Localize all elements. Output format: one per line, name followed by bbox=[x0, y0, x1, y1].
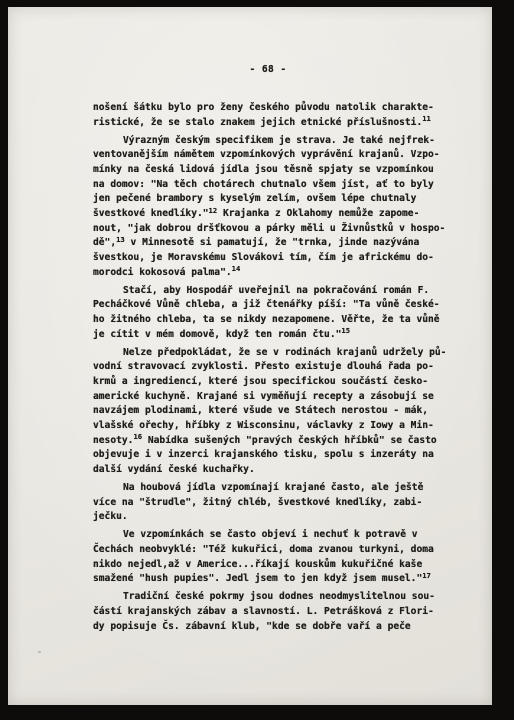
text-line: ristické, že se stalo znakem jejich etni… bbox=[93, 116, 471, 131]
text-line: mínky na česká lidová jídla jsou těsně s… bbox=[93, 163, 471, 178]
text-line: částí krajanských zábav a slavností. L. … bbox=[93, 605, 471, 620]
scan-frame: { "colors": { "scan_background": "#0d0c0… bbox=[0, 0, 514, 720]
paragraph: Stačí, aby Hospodář uveřejnil na pokračo… bbox=[93, 284, 471, 343]
text-line: ho žitného chleba, ta se nikdy nezapomen… bbox=[93, 313, 471, 328]
paragraph: Nelze předpokládat, že se v rodinách kra… bbox=[93, 346, 471, 478]
text-line: Nelze předpokládat, že se v rodinách kra… bbox=[93, 346, 471, 361]
text-line: americké kuchyně. Krajané si vyměňují re… bbox=[93, 390, 471, 405]
text-line: smažené "hush pupies". Jedl jsem to jen … bbox=[93, 572, 471, 587]
text-line: Tradiční české pokrmy jsou dodnes neodmy… bbox=[93, 590, 471, 605]
text-line: vodní stravovací zvyklosti. Přesto exist… bbox=[93, 360, 471, 375]
document-body: nošení šátku bylo pro ženy českého původ… bbox=[93, 101, 471, 634]
text-line: ječku. bbox=[93, 510, 471, 525]
text-line: navzájem plodinami, které všude ve Státe… bbox=[93, 404, 471, 419]
text-line: morodci kokosová palma".14 bbox=[93, 266, 471, 281]
footnote-ref: 16 bbox=[133, 432, 142, 441]
text-line: Na houbová jídla vzpomínají krajané čast… bbox=[93, 481, 471, 496]
text-line: dy popisuje Čs. zábavní klub, "kde se do… bbox=[93, 620, 471, 635]
text-line: nošení šátku bylo pro ženy českého původ… bbox=[93, 101, 471, 116]
paragraph: Ve vzpomínkách se často objeví i nechuť … bbox=[93, 528, 471, 587]
text-line: objevuje i v inzerci krajanského tisku, … bbox=[93, 448, 471, 463]
footnote-ref: 13 bbox=[116, 235, 125, 244]
text-line: švestkou, je Moravskému Slovákovi tím, č… bbox=[93, 251, 471, 266]
text-line: švestkové knedlíky."12 Krajanka z Oklaho… bbox=[93, 207, 471, 222]
text-line: dě",13 v Minnesotě si pamatují, že "trnk… bbox=[93, 236, 471, 251]
footnote-ref: 12 bbox=[209, 206, 218, 215]
footnote-ref: 14 bbox=[232, 264, 241, 273]
text-line: Stačí, aby Hospodář uveřejnil na pokračo… bbox=[93, 284, 471, 299]
text-line: na domov: "Na těch chotárech chutnalo vš… bbox=[93, 178, 471, 193]
text-line: jen pečené brambory s kyselým zelím, ovš… bbox=[93, 192, 471, 207]
text-line: nout, "jak dobrou dršťkovou a párky měli… bbox=[93, 222, 471, 237]
text-line: ventovanějším námětem vzpomínkových vypr… bbox=[93, 148, 471, 163]
page-number: - 68 - bbox=[93, 63, 443, 78]
footnote-ref: 17 bbox=[422, 571, 431, 580]
text-line: Ve vzpomínkách se často objeví i nechuť … bbox=[93, 528, 471, 543]
text-line: více na "štrudle", žitný chléb, švestkov… bbox=[93, 496, 471, 511]
paragraph: nošení šátku bylo pro ženy českého původ… bbox=[93, 101, 471, 130]
paragraph: Na houbová jídla vzpomínají krajané čast… bbox=[93, 481, 471, 525]
text-line: vlašské ořechy, hříbky z Wisconsinu, vác… bbox=[93, 419, 471, 434]
text-line: Čechách neobvyklé: "Též kukuřici, doma z… bbox=[93, 543, 471, 558]
text-line: je cítit v mém domově, když ten román čt… bbox=[93, 328, 471, 343]
document-page: - 68 - nošení šátku bylo pro ženy českéh… bbox=[8, 7, 492, 705]
footnote-ref: 15 bbox=[341, 326, 350, 335]
paragraph: Výrazným českým specifikem je strava. Je… bbox=[93, 134, 471, 281]
text-line: další vydání české kuchařky. bbox=[93, 463, 471, 478]
footnote-ref: 11 bbox=[422, 114, 431, 123]
text-line: Výrazným českým specifikem je strava. Je… bbox=[93, 134, 471, 149]
text-line: Pecháčkové Vůně chleba, a již čtenářky p… bbox=[93, 298, 471, 313]
text-line: nesoty.16 Nabídka sušených "pravých česk… bbox=[93, 434, 471, 449]
paragraph: Tradiční české pokrmy jsou dodnes neodmy… bbox=[93, 590, 471, 634]
text-line: krmů a ingrediencí, které jsou specifick… bbox=[93, 375, 471, 390]
text-line: nikdo nejedl,až v Americe...říkají kousk… bbox=[93, 558, 471, 573]
scan-artifact-speck bbox=[38, 651, 41, 653]
